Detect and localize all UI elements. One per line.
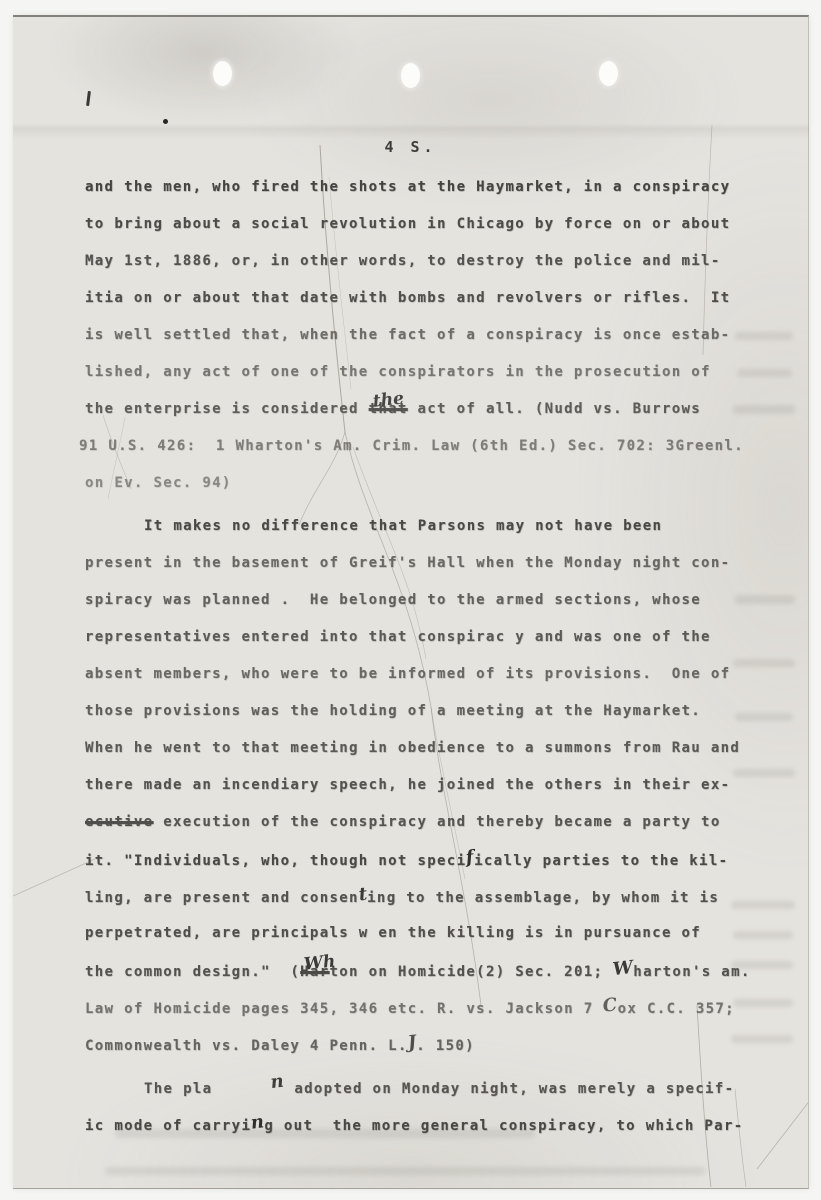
typed-line: present in the basement of Greif's Hall … bbox=[85, 545, 770, 582]
typed-text: present in the basement of Greif's Hall … bbox=[85, 555, 730, 571]
typed-line: ecutive execution of the conspiracy and … bbox=[85, 804, 770, 841]
handwritten-correction: the bbox=[371, 380, 406, 420]
typed-line: the enterprise is considered thatthe act… bbox=[85, 391, 770, 428]
typed-text: on Ev. Sec. 94) bbox=[85, 475, 232, 491]
typed-text: the enterprise is considered bbox=[85, 401, 369, 417]
typed-text: lished, any act of one of the conspirato… bbox=[85, 364, 711, 380]
ink-bleed-smudge bbox=[731, 961, 793, 969]
typed-line: the common design." (HarWhton on Homicid… bbox=[85, 952, 770, 989]
typed-line: there made an incendiary speech, he join… bbox=[85, 767, 770, 804]
typed-text: representatives entered into that conspi… bbox=[85, 629, 711, 645]
typed-text: adopted on Monday night, was merely a sp… bbox=[285, 1081, 735, 1097]
typed-text: is well settled that, when the fact of a… bbox=[85, 327, 730, 343]
typed-line: absent members, who were to be informed … bbox=[85, 656, 770, 693]
typed-text: execution of the conspiracy and thereby … bbox=[153, 814, 720, 830]
typed-line: lished, any act of one of the conspirato… bbox=[85, 354, 770, 391]
typed-text: perpetrated, are principals w en the kil… bbox=[85, 925, 701, 941]
typed-text: May 1st, 1886, or, in other words, to de… bbox=[85, 253, 721, 269]
typed-line: Law of Homicide pages 345, 346 etc. R. v… bbox=[85, 989, 770, 1026]
typed-text: to bring about a social revolution in Ch… bbox=[85, 216, 730, 232]
struck-text-with-correction: thatthe bbox=[369, 401, 408, 417]
handwritten-correction: C bbox=[601, 986, 620, 1024]
struck-text-with-correction: HarWh bbox=[300, 964, 329, 980]
pen-mark bbox=[86, 91, 91, 106]
typed-line: itia on or about that date with bombs an… bbox=[85, 280, 770, 317]
handwritten-correction: t bbox=[356, 876, 369, 914]
punch-hole bbox=[213, 61, 232, 86]
typed-text: When he went to that meeting in obedienc… bbox=[85, 740, 740, 756]
typed-line: spiracy was planned . He belonged to the… bbox=[85, 582, 770, 619]
typed-line: Commonwealth vs. Daley 4 Penn. L.J. 150) bbox=[85, 1026, 770, 1063]
typed-line: on Ev. Sec. 94) bbox=[85, 465, 770, 502]
ink-bleed-smudge bbox=[733, 931, 793, 939]
typed-text: Law of Homicide pages 345, 346 etc. R. v… bbox=[85, 1001, 603, 1017]
typed-text: absent members, who were to be informed … bbox=[85, 666, 730, 682]
ghost-text-line bbox=[115, 1129, 535, 1138]
ink-bleed-smudge bbox=[737, 369, 792, 377]
ink-bleed-smudge bbox=[735, 595, 795, 604]
typed-line: to bring about a social revolution in Ch… bbox=[85, 206, 770, 243]
typed-text: the common design." ( bbox=[85, 964, 300, 980]
typed-line: and the men, who fired the shots at the … bbox=[85, 169, 770, 206]
typed-text: ically parties to the kil- bbox=[474, 853, 728, 869]
typed-text: spiracy was planned . He belonged to the… bbox=[85, 592, 701, 608]
typed-text: and the men, who fired the shots at the … bbox=[85, 179, 730, 195]
typed-line: May 1st, 1886, or, in other words, to de… bbox=[85, 243, 770, 280]
typed-text: . 150) bbox=[416, 1038, 475, 1054]
typed-line: When he went to that meeting in obedienc… bbox=[85, 730, 770, 767]
typed-text: 91 U.S. 426: 1 Wharton's Am. Crim. Law (… bbox=[79, 438, 744, 454]
document-page: 4 S. and the men, who fired the shots at… bbox=[13, 15, 809, 1189]
punch-hole bbox=[599, 61, 618, 86]
typed-line: 91 U.S. 426: 1 Wharton's Am. Crim. Law (… bbox=[79, 428, 770, 465]
ghost-text-line bbox=[105, 1167, 705, 1175]
ink-bleed-smudge bbox=[733, 405, 795, 414]
handwritten-correction: J bbox=[405, 1024, 418, 1062]
typed-text: there made an incendiary speech, he join… bbox=[85, 777, 730, 793]
punch-hole bbox=[401, 63, 420, 88]
typed-text: ton on Homicide(2) Sec. 201; bbox=[329, 964, 613, 980]
ink-bleed-smudge bbox=[733, 659, 795, 667]
typed-line: The plan adopted on Monday night, was me… bbox=[85, 1069, 770, 1106]
typed-text: ing to the assemblage, by whom it is bbox=[367, 890, 719, 906]
ink-bleed-smudge bbox=[731, 901, 795, 909]
typed-line: those provisions was the holding of a me… bbox=[85, 693, 770, 730]
typed-text: The pla bbox=[144, 1081, 212, 1097]
ink-bleed-smudge bbox=[733, 999, 793, 1007]
typed-line: It makes no difference that Parsons may … bbox=[85, 508, 770, 545]
typed-text: ling, are present and consen bbox=[85, 890, 359, 906]
handwritten-correction: Wh bbox=[302, 943, 337, 983]
ink-bleed-smudge bbox=[735, 713, 793, 721]
handwritten-correction: W bbox=[611, 949, 636, 988]
ink-bleed-smudge bbox=[731, 1035, 793, 1043]
typed-line: ling, are present and consenting to the … bbox=[85, 878, 770, 915]
typed-line: representatives entered into that conspi… bbox=[85, 619, 770, 656]
typed-line: it. "Individuals, who, though not specif… bbox=[85, 841, 770, 878]
typed-text: It makes no difference that Parsons may … bbox=[144, 518, 662, 534]
typed-text: Commonwealth vs. Daley 4 Penn. L. bbox=[85, 1038, 408, 1054]
typed-text: those provisions was the holding of a me… bbox=[85, 703, 701, 719]
typed-text: it. "Individuals, who, though not speci bbox=[85, 853, 466, 869]
ink-bleed-smudge bbox=[733, 769, 795, 777]
ink-speck bbox=[163, 119, 168, 124]
typed-text: act of all. (Nudd vs. Burrows bbox=[408, 401, 701, 417]
struck-text: ecutive bbox=[85, 814, 153, 830]
typed-line: perpetrated, are principals w en the kil… bbox=[85, 915, 770, 952]
typed-text: ox C.C. 357; bbox=[618, 1001, 735, 1017]
ink-bleed-smudge bbox=[735, 332, 793, 340]
typed-text-block: and the men, who fired the shots at the … bbox=[85, 169, 770, 1143]
page-number: 4 S. bbox=[13, 138, 808, 156]
typed-text: itia on or about that date with bombs an… bbox=[85, 290, 730, 306]
handwritten-correction: n bbox=[210, 1063, 286, 1109]
typed-line: is well settled that, when the fact of a… bbox=[85, 317, 770, 354]
